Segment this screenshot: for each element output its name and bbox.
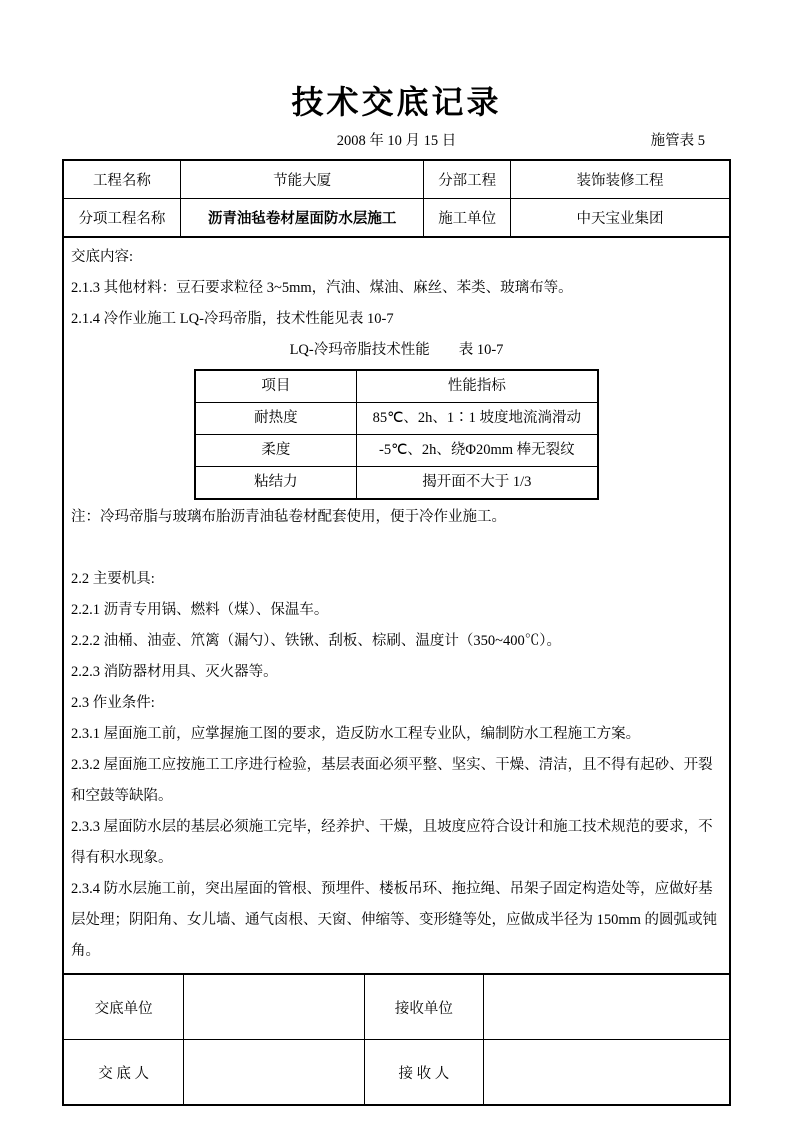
label-receiving-person: 接 收 人 [364,1040,483,1106]
value-project-name: 节能大厦 [180,160,423,199]
label-receiving-unit: 接收单位 [364,974,483,1040]
content-paragraph: 2.3 作业条件: [71,688,722,719]
form-number: 施管表 5 [651,129,705,153]
value-disclosing-unit [184,974,365,1040]
label-construction-unit: 施工单位 [424,199,511,238]
table-row: 交底单位 接收单位 [63,974,730,1040]
label-subitem-name: 分项工程名称 [63,199,180,238]
content-paragraph: 2.1.3 其他材料：豆石要求粒径 3~5mm，汽油、煤油、麻丝、苯类、玻璃布等… [71,273,722,304]
value-construction-unit: 中天宝业集团 [511,199,730,238]
perf-item: 粘结力 [195,467,356,500]
disclosure-content: 交底内容: 2.1.3 其他材料：豆石要求粒径 3~5mm，汽油、煤油、麻丝、苯… [62,238,731,973]
table-row: 工程名称 节能大厦 分部工程 装饰装修工程 [63,160,730,199]
perf-value: 揭开面不大于 1/3 [356,467,598,500]
content-note: 注：冷玛帝脂与玻璃布胎沥青油毡卷材配套使用，便于冷作业施工。 [71,502,722,533]
label-disclosing-unit: 交底单位 [63,974,184,1040]
value-subitem-name: 沥青油毡卷材屋面防水层施工 [180,199,423,238]
value-division-work: 装饰装修工程 [511,160,730,199]
content-paragraph [71,533,722,564]
perf-value: 85℃、2h、1∶1 坡度地流淌滑动 [356,403,598,435]
content-paragraph: 2.3.1 屋面施工前，应掌握施工图的要求，造反防水工程专业队，编制防水工程施工… [71,719,722,750]
value-disclosing-person [184,1040,365,1106]
content-paragraph: 2.2 主要机具: [71,564,722,595]
content-paragraph: 2.1.4 冷作业施工 LQ-冷玛帝脂，技术性能见表 10-7 [71,304,722,335]
label-division-work: 分部工程 [424,160,511,199]
signature-table: 交底单位 接收单位 交 底 人 接 收 人 [62,973,731,1106]
perf-value: -5℃、2h、绕Φ20mm 棒无裂纹 [356,435,598,467]
label-disclosing-person: 交 底 人 [63,1040,184,1106]
meta-row: 2008 年 10 月 15 日 施管表 5 [0,129,793,153]
perf-item: 耐热度 [195,403,356,435]
table-row: 耐热度 85℃、2h、1∶1 坡度地流淌滑动 [195,403,598,435]
header-table: 工程名称 节能大厦 分部工程 装饰装修工程 分项工程名称 沥青油毡卷材屋面防水层… [62,159,731,238]
value-receiving-person [483,1040,730,1106]
table-row: 柔度 -5℃、2h、绕Φ20mm 棒无裂纹 [195,435,598,467]
table-row: 分项工程名称 沥青油毡卷材屋面防水层施工 施工单位 中天宝业集团 [63,199,730,238]
content-heading: 交底内容: [71,242,722,273]
main-form: 工程名称 节能大厦 分部工程 装饰装修工程 分项工程名称 沥青油毡卷材屋面防水层… [62,159,731,1106]
table-row: 交 底 人 接 收 人 [63,1040,730,1106]
perf-col-header-index: 性能指标 [356,370,598,403]
performance-table-caption: LQ-冷玛帝脂技术性能 表 10-7 [71,335,722,366]
content-paragraph: 2.2.3 消防器材用具、灭火器等。 [71,657,722,688]
label-project-name: 工程名称 [63,160,180,199]
document-title: 技术交底记录 [0,0,793,120]
content-paragraph: 2.3.4 防水层施工前，突出屋面的管根、预埋件、楼板吊环、拖拉绳、吊架子固定构… [71,874,722,967]
performance-table: 项目 性能指标 耐热度 85℃、2h、1∶1 坡度地流淌滑动 柔度 -5℃、2h… [194,369,599,500]
perf-col-header-item: 项目 [195,370,356,403]
content-paragraph: 2.3.2 屋面施工应按施工工序进行检验，基层表面必须平整、坚实、干燥、清洁，且… [71,750,722,812]
table-row: 项目 性能指标 [195,370,598,403]
content-paragraph: 2.2.2 油桶、油壶、笊篱（漏勺）、铁锹、刮板、棕刷、温度计（350~400℃… [71,626,722,657]
perf-item: 柔度 [195,435,356,467]
content-paragraph: 2.2.1 沥青专用锅、燃料（煤）、保温车。 [71,595,722,626]
content-paragraph: 2.3.3 屋面防水层的基层必须施工完毕，经养护、干燥，且坡度应符合设计和施工技… [71,812,722,874]
document-page: 技术交底记录 2008 年 10 月 15 日 施管表 5 工程名称 节能大厦 … [0,0,793,1122]
value-receiving-unit [483,974,730,1040]
table-row: 粘结力 揭开面不大于 1/3 [195,467,598,500]
